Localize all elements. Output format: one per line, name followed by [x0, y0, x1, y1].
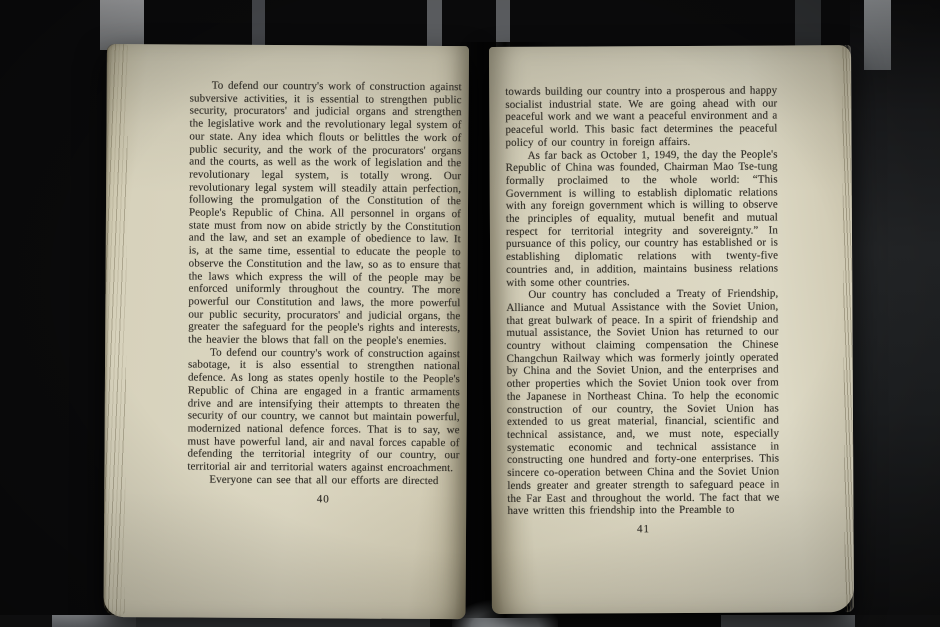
- stand-bar: [427, 0, 442, 50]
- stand-bar: [252, 0, 265, 50]
- paragraph: As far back as October 1, 1949, the day …: [506, 148, 779, 289]
- paragraph: Everyone can see that all our efforts ar…: [187, 473, 459, 487]
- left-page-text: To defend our country's work of construc…: [187, 80, 462, 507]
- page-edges-left: [103, 44, 127, 617]
- left-page: To defend our country's work of construc…: [103, 44, 468, 619]
- page-number: 40: [187, 492, 459, 506]
- paragraph: To defend our country's work of construc…: [187, 346, 460, 475]
- table-edge-segment: [721, 615, 855, 627]
- right-background-panel: [850, 0, 940, 627]
- page-number: 41: [507, 522, 779, 536]
- stand-bar: [100, 0, 144, 50]
- paragraph: towards building our country into a pros…: [505, 84, 777, 149]
- paragraph: To defend our country's work of construc…: [188, 80, 462, 348]
- photo-scene: To defend our country's work of construc…: [0, 0, 940, 627]
- right-page: towards building our country into a pros…: [489, 45, 854, 614]
- paragraph: Our country has concluded a Treaty of Fr…: [506, 288, 779, 518]
- table-edge-segment: [543, 615, 721, 627]
- stand-bar: [864, 0, 891, 70]
- right-page-text: towards building our country into a pros…: [505, 84, 779, 536]
